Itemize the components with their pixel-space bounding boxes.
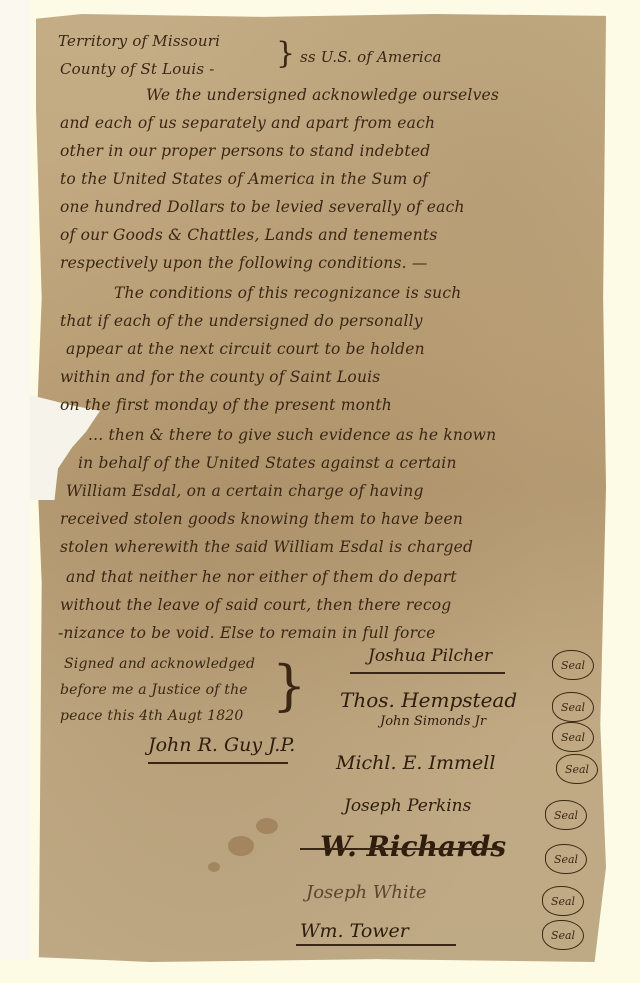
seal-mark: Seal: [556, 754, 598, 784]
attestation-line: Signed and acknowledged: [64, 656, 255, 672]
heading-county: County of St Louis -: [60, 60, 215, 78]
signature-underline: [350, 672, 505, 674]
body-line: stolen wherewith the said William Esdal …: [60, 538, 473, 556]
seal-mark: Seal: [545, 800, 587, 830]
signature-tower: Wm. Tower: [300, 920, 409, 942]
ink-stain: [256, 818, 278, 834]
body-line: William Esdal, on a certain charge of ha…: [66, 482, 424, 500]
body-line: on the first monday of the present month: [60, 396, 392, 414]
body-line: without the leave of said court, then th…: [60, 596, 451, 614]
attestation-line: before me a Justice of the: [60, 682, 248, 698]
heading-brace: }: [276, 36, 295, 71]
body-line: -nizance to be void. Else to remain in f…: [58, 624, 435, 642]
ink-stain: [208, 862, 220, 872]
body-line: appear at the next circuit court to be h…: [66, 340, 425, 358]
body-line: received stolen goods knowing them to ha…: [60, 510, 463, 528]
seal-mark: Seal: [552, 692, 594, 722]
signature-pilcher: Joshua Pilcher: [368, 646, 492, 666]
signature-strikethrough: [300, 848, 500, 850]
signature-perkins: Joseph Perkins: [344, 796, 471, 816]
body-line: in behalf of the United States against a…: [78, 454, 457, 472]
seal-mark: Seal: [552, 722, 594, 752]
body-line: of our Goods & Chattles, Lands and tenem…: [60, 226, 438, 244]
signature-flourish: [296, 944, 456, 946]
body-line: The conditions of this recognizance is s…: [114, 284, 461, 302]
seal-mark: Seal: [552, 650, 594, 680]
seal-mark: Seal: [545, 844, 587, 874]
body-line: ... then & there to give such evidence a…: [88, 426, 496, 444]
body-line: one hundred Dollars to be levied several…: [60, 198, 465, 216]
signature-immell: Michl. E. Immell: [336, 752, 495, 774]
body-line: within and for the county of Saint Louis: [60, 368, 380, 386]
ink-stain: [228, 836, 254, 856]
body-line: and each of us separately and apart from…: [60, 114, 435, 132]
body-line: other in our proper persons to stand ind…: [60, 142, 430, 160]
justice-signature: John R. Guy J.P.: [148, 734, 295, 756]
scan-backdrop-left: [0, 0, 30, 983]
scan-backdrop-bottom: [0, 960, 640, 983]
heading-usa: ss U.S. of America: [300, 48, 442, 66]
signature-underline: [148, 762, 288, 764]
signature-hempstead: Thos. Hempstead: [340, 688, 517, 712]
signature-simonds: John Simonds Jr: [380, 714, 486, 729]
signature-richards: W. Richards: [320, 830, 506, 863]
signature-white: Joseph White: [306, 882, 427, 903]
body-line: We the undersigned acknowledge ourselves: [146, 86, 499, 104]
attestation-brace: }: [272, 654, 306, 717]
body-line: respectively upon the following conditio…: [60, 254, 428, 272]
seal-mark: Seal: [542, 886, 584, 916]
body-line: that if each of the undersigned do perso…: [60, 312, 423, 330]
body-line: and that neither he nor either of them d…: [66, 568, 457, 586]
body-line: to the United States of America in the S…: [60, 170, 428, 188]
attestation-line: peace this 4th Augt 1820: [60, 708, 244, 724]
seal-mark: Seal: [542, 920, 584, 950]
heading-territory: Territory of Missouri: [58, 32, 220, 50]
